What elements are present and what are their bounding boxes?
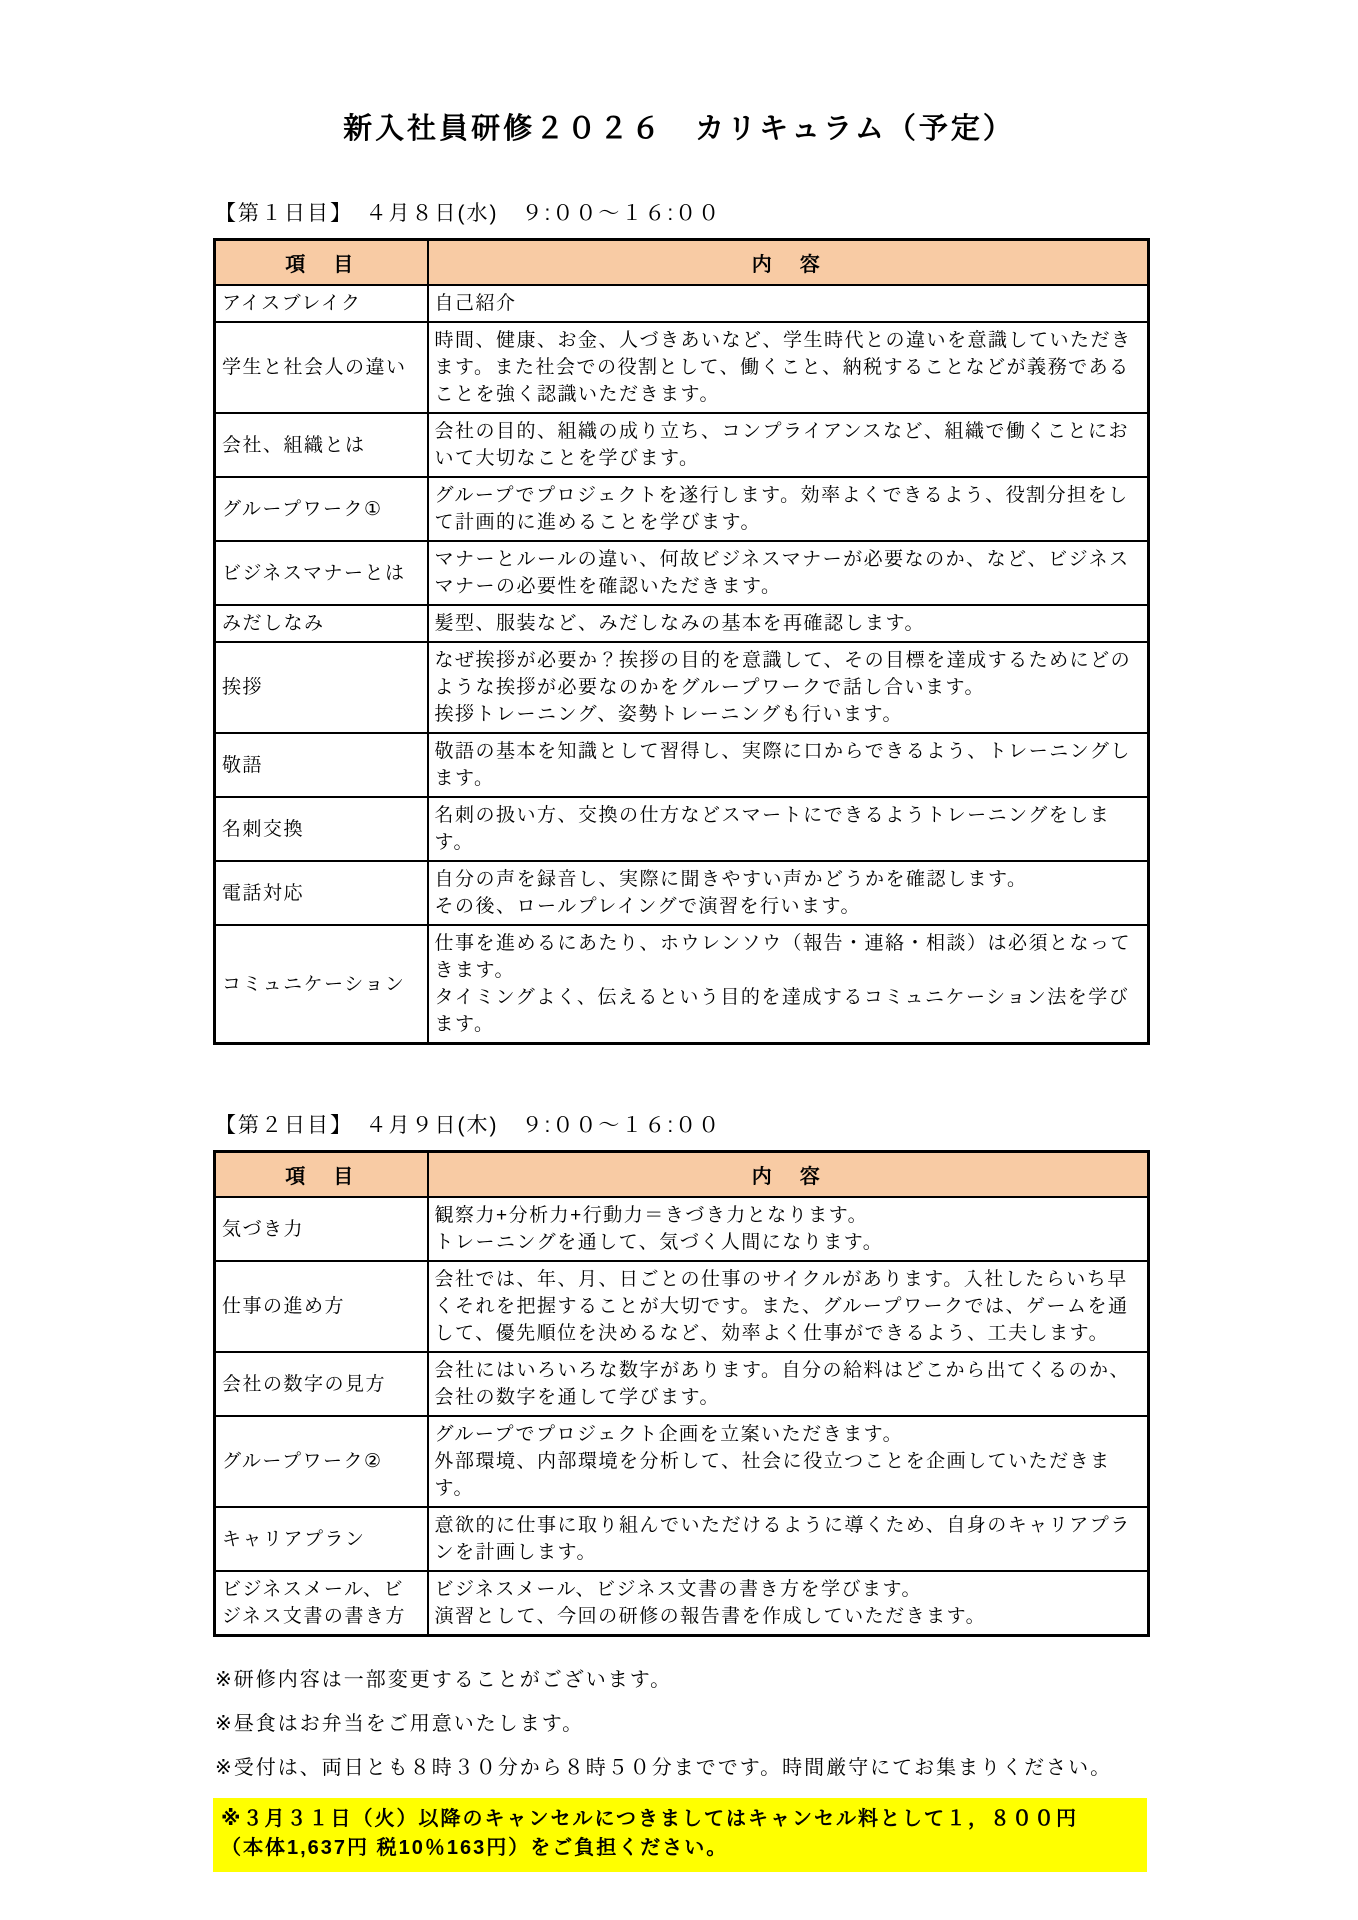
document-page: 新入社員研修２０２６ カリキュラム（予定） 【第１日目】 ４月８日(水) ９:０… xyxy=(0,0,1358,1920)
item-cell: 会社、組織とは xyxy=(215,413,428,477)
table-row: グループワーク①グループでプロジェクトを遂行します。効率よくできるよう、役割分担… xyxy=(215,477,1149,541)
item-cell: 気づき力 xyxy=(215,1197,428,1261)
day2-table-body: 気づき力観察力+分析力+行動力＝きづき力となります。 トレーニングを通して、気づ… xyxy=(215,1197,1149,1636)
day1-curriculum-table: 項 目 内 容 アイスブレイク自己紹介学生と社会人の違い時間、健康、お金、人づき… xyxy=(213,238,1150,1045)
item-cell: みだしなみ xyxy=(215,605,428,642)
item-column-header: 項 目 xyxy=(215,1152,428,1198)
item-cell: アイスブレイク xyxy=(215,285,428,322)
table-row: 気づき力観察力+分析力+行動力＝きづき力となります。 トレーニングを通して、気づ… xyxy=(215,1197,1149,1261)
content-cell: 会社の目的、組織の成り立ち、コンプライアンスなど、組織で働くことにおいて大切なこ… xyxy=(428,413,1149,477)
item-column-header: 項 目 xyxy=(215,240,428,286)
table-row: ビジネスメール、ビジネス文書の書き方ビジネスメール、ビジネス文書の書き方を学びま… xyxy=(215,1571,1149,1636)
content-cell: 髪型、服装など、みだしなみの基本を再確認します。 xyxy=(428,605,1149,642)
table-row: ビジネスマナーとはマナーとルールの違い、何故ビジネスマナーが必要なのか、など、ビ… xyxy=(215,541,1149,605)
table-row: 仕事の進め方会社では、年、月、日ごとの仕事のサイクルがあります。入社したらいち早… xyxy=(215,1261,1149,1352)
day1-heading: 【第１日目】 ４月８日(水) ９:００～１６:００ xyxy=(215,197,1147,227)
content-cell: 会社にはいろいろな数字があります。自分の給料はどこから出てくるのか、会社の数字を… xyxy=(428,1352,1149,1416)
table-row: 電話対応自分の声を録音し、実際に聞きやすい声かどうかを確認します。 その後、ロー… xyxy=(215,861,1149,925)
day2-curriculum-table: 項 目 内 容 気づき力観察力+分析力+行動力＝きづき力となります。 トレーニン… xyxy=(213,1150,1150,1637)
content-cell: グループでプロジェクト企画を立案いただきます。 外部環境、内部環境を分析して、社… xyxy=(428,1416,1149,1507)
item-cell: グループワーク① xyxy=(215,477,428,541)
item-cell: 挨拶 xyxy=(215,642,428,733)
table-row: 挨拶なぜ挨拶が必要か？挨拶の目的を意識して、その目標を達成するためにどのような挨… xyxy=(215,642,1149,733)
content-cell: グループでプロジェクトを遂行します。効率よくできるよう、役割分担をして計画的に進… xyxy=(428,477,1149,541)
item-cell: 電話対応 xyxy=(215,861,428,925)
note-line: ※昼食はお弁当をご用意いたします。 xyxy=(215,1707,1147,1736)
item-cell: ビジネスメール、ビジネス文書の書き方 xyxy=(215,1571,428,1636)
document-content: 【第１日目】 ４月８日(水) ９:００～１６:００ 項 目 内 容 アイスブレイ… xyxy=(213,197,1147,1872)
table-row: コミュニケーション仕事を進めるにあたり、ホウレンソウ（報告・連絡・相談）は必須と… xyxy=(215,925,1149,1044)
table-row: アイスブレイク自己紹介 xyxy=(215,285,1149,322)
content-column-header: 内 容 xyxy=(428,240,1149,286)
content-cell: 敬語の基本を知識として習得し、実際に口からできるよう、トレーニングします。 xyxy=(428,733,1149,797)
table-row: 会社の数字の見方会社にはいろいろな数字があります。自分の給料はどこから出てくるの… xyxy=(215,1352,1149,1416)
content-cell: 観察力+分析力+行動力＝きづき力となります。 トレーニングを通して、気づく人間に… xyxy=(428,1197,1149,1261)
content-cell: ビジネスメール、ビジネス文書の書き方を学びます。 演習として、今回の研修の報告書… xyxy=(428,1571,1149,1636)
item-cell: グループワーク② xyxy=(215,1416,428,1507)
item-cell: ビジネスマナーとは xyxy=(215,541,428,605)
content-cell: 意欲的に仕事に取り組んでいただけるように導くため、自身のキャリアプランを計画しま… xyxy=(428,1507,1149,1571)
content-cell: マナーとルールの違い、何故ビジネスマナーが必要なのか、など、ビジネスマナーの必要… xyxy=(428,541,1149,605)
table-row: 敬語敬語の基本を知識として習得し、実際に口からできるよう、トレーニングします。 xyxy=(215,733,1149,797)
content-column-header: 内 容 xyxy=(428,1152,1149,1198)
table-row: 学生と社会人の違い時間、健康、お金、人づきあいなど、学生時代との違いを意識してい… xyxy=(215,322,1149,413)
document-title: 新入社員研修２０２６ カリキュラム（予定） xyxy=(0,0,1358,147)
cancellation-notice: ※３月３１日（火）以降のキャンセルにつきましてはキャンセル料として１，８００円 … xyxy=(213,1798,1147,1872)
note-line: ※研修内容は一部変更することがございます。 xyxy=(215,1663,1147,1692)
table-row: みだしなみ髪型、服装など、みだしなみの基本を再確認します。 xyxy=(215,605,1149,642)
item-cell: 敬語 xyxy=(215,733,428,797)
note-line: ※受付は、両日とも８時３０分から８時５０分までです。時間厳守にてお集まりください… xyxy=(215,1751,1147,1780)
content-cell: 自己紹介 xyxy=(428,285,1149,322)
day1-table-body: アイスブレイク自己紹介学生と社会人の違い時間、健康、お金、人づきあいなど、学生時… xyxy=(215,285,1149,1044)
item-cell: 学生と社会人の違い xyxy=(215,322,428,413)
table-row: 会社、組織とは会社の目的、組織の成り立ち、コンプライアンスなど、組織で働くことに… xyxy=(215,413,1149,477)
table-row: キャリアプラン意欲的に仕事に取り組んでいただけるように導くため、自身のキャリアプ… xyxy=(215,1507,1149,1571)
table-header-row: 項 目 内 容 xyxy=(215,1152,1149,1198)
item-cell: 名刺交換 xyxy=(215,797,428,861)
item-cell: 仕事の進め方 xyxy=(215,1261,428,1352)
table-header-row: 項 目 内 容 xyxy=(215,240,1149,286)
day2-heading: 【第２日目】 ４月９日(木) ９:００～１６:００ xyxy=(215,1109,1147,1139)
content-cell: 名刺の扱い方、交換の仕方などスマートにできるようトレーニングをします。 xyxy=(428,797,1149,861)
notes-section: ※研修内容は一部変更することがございます。 ※昼食はお弁当をご用意いたします。 … xyxy=(215,1663,1147,1780)
item-cell: キャリアプラン xyxy=(215,1507,428,1571)
table-row: 名刺交換名刺の扱い方、交換の仕方などスマートにできるようトレーニングをします。 xyxy=(215,797,1149,861)
content-cell: なぜ挨拶が必要か？挨拶の目的を意識して、その目標を達成するためにどのような挨拶が… xyxy=(428,642,1149,733)
table-row: グループワーク②グループでプロジェクト企画を立案いただきます。 外部環境、内部環… xyxy=(215,1416,1149,1507)
content-cell: 会社では、年、月、日ごとの仕事のサイクルがあります。入社したらいち早くそれを把握… xyxy=(428,1261,1149,1352)
content-cell: 自分の声を録音し、実際に聞きやすい声かどうかを確認します。 その後、ロールプレイ… xyxy=(428,861,1149,925)
content-cell: 仕事を進めるにあたり、ホウレンソウ（報告・連絡・相談）は必須となってきます。 タ… xyxy=(428,925,1149,1044)
item-cell: 会社の数字の見方 xyxy=(215,1352,428,1416)
item-cell: コミュニケーション xyxy=(215,925,428,1044)
content-cell: 時間、健康、お金、人づきあいなど、学生時代との違いを意識していただきます。また社… xyxy=(428,322,1149,413)
